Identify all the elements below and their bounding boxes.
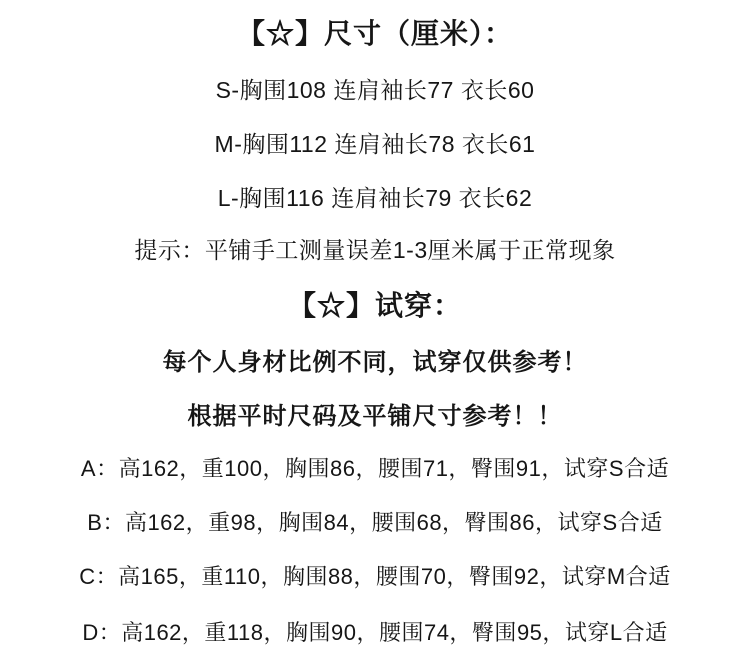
- fitting-disclaimer-1: 每个人身材比例不同，试穿仅供参考！: [0, 342, 750, 377]
- size-section-title: 【☆】尺寸（厘米）：: [0, 12, 750, 52]
- size-row-m: M-胸围112 连肩袖长78 衣长61: [0, 126, 750, 159]
- size-row-l: L-胸围116 连肩袖长79 衣长62: [0, 180, 750, 213]
- measurement-tolerance-note: 提示：平铺手工测量误差1-3厘米属于正常现象: [0, 232, 750, 265]
- model-fitting-row-c: C：高165，重110，胸围88，腰围70，臀围92，试穿M合适: [0, 560, 750, 591]
- model-fitting-row-a: A：高162，重100，胸围86，腰围71，臀围91，试穿S合适: [0, 452, 750, 483]
- model-fitting-row-d: D：高162，重118，胸围90，腰围74，臀围95，试穿L合适: [0, 616, 750, 647]
- fitting-disclaimer-2: 根据平时尺码及平铺尺寸参考！！: [0, 396, 750, 431]
- fitting-section-title: 【☆】试穿：: [0, 284, 750, 324]
- model-fitting-row-b: B：高162，重98，胸围84，腰围68，臀围86，试穿S合适: [0, 506, 750, 537]
- size-row-s: S-胸围108 连肩袖长77 衣长60: [0, 72, 750, 105]
